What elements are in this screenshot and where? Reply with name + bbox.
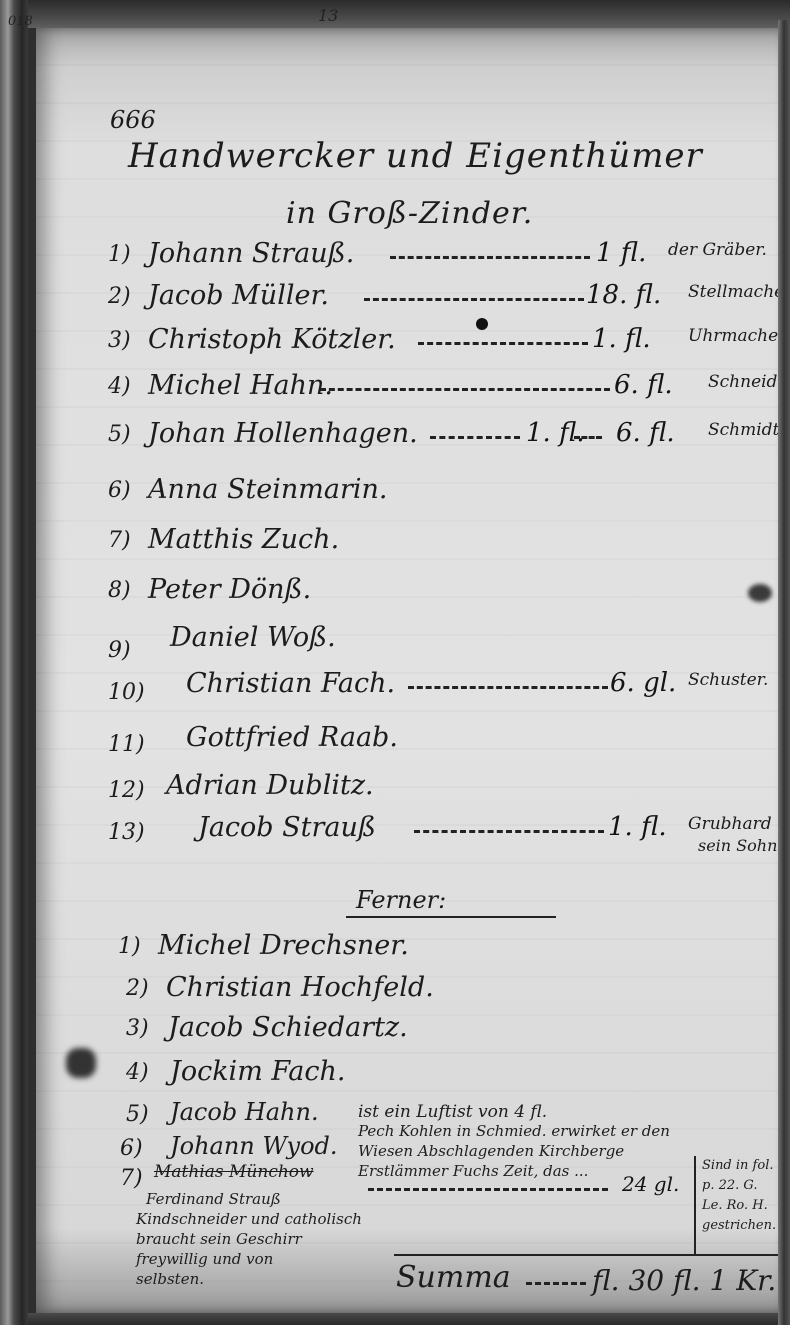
entry-amount: 1. fl. [608,812,667,842]
entry-note: ist ein Luftist von 4 fl. [358,1102,547,1122]
entry-amount: 6. fl. [614,370,673,400]
list-item: 4) Jockim Fach. [108,1056,790,1096]
entry-name: Michel Hahn. [148,370,333,401]
entry-amount: 24 gl. [622,1172,679,1196]
entry-name: Jacob Müller. [148,280,329,311]
entry-number: 6) [108,478,131,503]
list-item: 6) Anna Steinmarin. [108,474,790,514]
left-note-line: Kindschneider und catholisch [136,1210,362,1228]
entry-name: Adrian Dublitz. [166,770,374,801]
entry-name: Michel Drechsner. [158,930,409,961]
entry-number: 7) [120,1166,143,1191]
book-binding-edge [0,0,28,1325]
column-divider [694,1156,696,1254]
left-note-line: freywillig und von [136,1250,273,1268]
entry-number: 9) [108,638,131,663]
left-note-line: braucht sein Geschirr [136,1230,302,1248]
summa-value: fl. 30 fl. 1 Kr. [592,1264,776,1297]
list-item: 3) Christoph Kötzler. 1. fl. Uhrmacher. [108,324,790,364]
entry-name: Matthis Zuch. [148,524,339,555]
dash-leader [364,298,584,301]
entry-name-struck: Mathias Münchow [154,1162,314,1182]
list-item: 2) Christian Hochfeld. [108,972,790,1012]
dash-leader [574,436,602,439]
left-note-line: selbsten. [136,1270,204,1288]
entry-name: Gottfried Raab. [186,722,398,753]
entry-name: Johann Wyod. [170,1132,338,1160]
list-item: 2) Jacob Müller. 18. fl. Stellmacher. [108,280,790,320]
right-note-line: p. 22. G. [702,1178,757,1193]
entry-number: 4) [126,1060,149,1085]
entry-name: Christoph Kötzler. [148,324,396,355]
entry-name: Jockim Fach. [170,1056,345,1087]
entry-number: 2) [108,284,131,309]
top-mark: 13 [318,6,338,25]
entry-number: 6) [120,1136,143,1161]
document-scan: 018 13 666 Handwercker und Eigenthümer i… [0,0,790,1325]
entry-number: 12) [108,778,145,803]
list-item: 11) Gottfried Raab. [108,722,790,762]
entry-name: Johan Hollenhagen. [148,418,418,449]
entry-number: 5) [108,422,131,447]
dash-leader [408,686,608,689]
entry-number: 3) [108,328,131,353]
list-item: 12) Adrian Dublitz. [108,770,790,810]
dash-leader [368,1188,608,1191]
entry-trade: Schuster. [688,670,768,690]
entry-number: 4) [108,374,131,399]
heading-underline [346,916,556,918]
list-item: 7) Matthis Zuch. [108,524,790,564]
list-item: 4) Michel Hahn. 6. fl. Schneider. [108,370,790,410]
entry-number: 7) [108,528,131,553]
list-item: 10) Christian Fach. 6. gl. Schuster. [108,668,790,708]
summa-label: Summa [396,1260,511,1295]
entry-trade: Grubhard [688,814,772,834]
section-heading-ferner: Ferner: [356,886,446,914]
entry-name: Anna Steinmarin. [148,474,388,505]
entry-number: 11) [108,732,145,757]
entry-trade: Uhrmacher. [688,326,790,346]
entry-number: 1) [108,242,131,267]
entry-number: 8) [108,578,131,603]
entry-amount-pre: 1. fl. [526,418,585,448]
entry-name: Daniel Woß. [170,622,336,653]
entry-note: Pech Kohlen in Schmied. erwirket er den [358,1122,670,1140]
total-rule [394,1254,790,1256]
entry-name: Peter Dönß. [148,574,311,605]
list-item: 8) Peter Dönß. [108,574,790,614]
ink-stain [66,1048,96,1078]
ink-blot [748,584,772,602]
right-note-line: Sind in fol. [702,1158,773,1173]
entry-name: Johann Strauß. [148,238,354,269]
entry-amount: 6. fl. [616,418,675,448]
entry-number: 10) [108,680,145,705]
dash-leader [390,256,590,259]
entry-name: Jacob Strauß [198,812,376,843]
ink-dot [476,318,488,330]
entry-trade: der Gräber. [668,240,767,260]
entry-note: Erstlämmer Fuchs Zeit, das ... [358,1162,588,1180]
right-note-line: Le. Ro. H. [702,1198,768,1213]
right-note-line: gestrichen. [702,1218,776,1233]
entry-name: Jacob Schiedartz. [168,1012,408,1043]
page-right-edge [778,20,790,1325]
corner-number: 018 [8,14,33,29]
entry-trade-note: sein Sohn. [698,836,782,855]
dash-leader [418,342,588,345]
entry-amount: 6. gl. [610,668,676,698]
list-item: 5) Johan Hollenhagen. 1. fl. 6. fl. Schm… [108,418,790,458]
entry-amount: 18. fl. [586,280,661,310]
entry-name: Jacob Hahn. [170,1098,319,1126]
entry-amount: 1. fl. [592,324,651,354]
dash-leader [526,1282,586,1285]
entry-trade: Schmidt. [708,420,785,440]
page-title: Handwercker und Eigenthümer [128,136,703,176]
left-note-line: Ferdinand Strauß [146,1190,281,1208]
list-item: 9) Daniel Woß. [108,622,790,662]
entry-number: 2) [126,976,149,1001]
list-item: 1) Michel Drechsner. [108,930,790,970]
entry-trade: Stellmacher. [688,282,790,302]
list-item: 13) Jacob Strauß 1. fl. Grubhard sein So… [108,812,790,852]
dash-leader [414,830,604,833]
entry-number: 3) [126,1016,149,1041]
list-item: 3) Jacob Schiedartz. [108,1012,790,1052]
entry-number: 5) [126,1102,149,1127]
register-page: 666 Handwercker und Eigenthümer in Groß-… [28,28,786,1313]
entry-name: Christian Hochfeld. [166,972,434,1003]
entry-note: Wiesen Abschlagenden Kirchberge [358,1142,624,1160]
dash-leader [430,436,520,439]
folio-number: 666 [110,106,156,134]
dash-leader [320,388,610,391]
entry-number: 1) [118,934,141,959]
page-subtitle: in Groß-Zinder. [286,196,533,231]
entry-amount: 1 fl. [596,238,646,268]
entry-number: 13) [108,820,145,845]
list-item: 1) Johann Strauß. 1 fl. der Gräber. [108,238,790,278]
entry-name: Christian Fach. [186,668,395,699]
